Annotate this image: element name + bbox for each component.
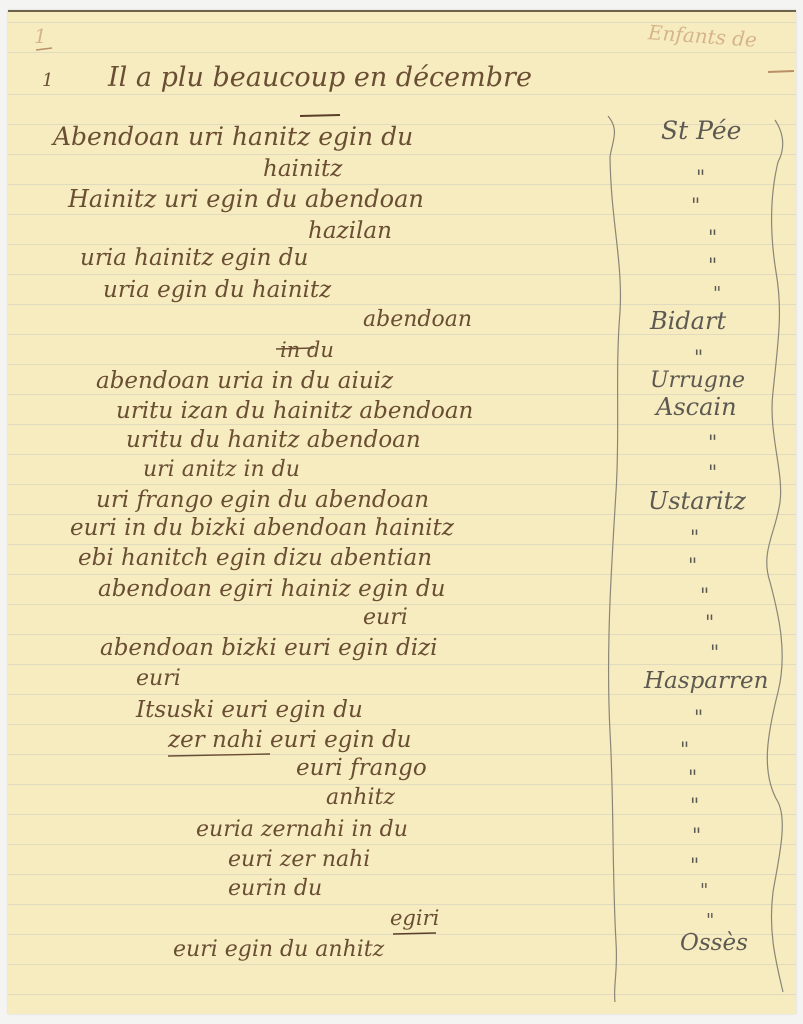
place-entry: " [690,855,699,875]
underline-egiri [393,933,436,934]
sentence-line: hazilan [308,220,392,243]
place-entry: Bidart [650,309,726,333]
corner-dash [768,71,794,72]
place-entry: Urrugne [650,370,745,392]
sentence-line: abendoan bizki euri egin dizi [100,637,438,660]
place-entry: " [691,195,700,215]
sentence-line: hainitz [263,158,342,181]
sentence-line: euri [363,607,408,629]
sentence-line: Itsuski euri egin du [136,699,363,722]
sentence-line: ebi hanitch egin dizu abentian [78,547,432,570]
sentence-line: abendoan [363,309,472,331]
sentence-line: uritu du hanitz abendoan [126,429,421,452]
sentence-line: euri frango [296,757,427,780]
underline-zer-nahi [168,754,270,756]
manuscript-page: 1 Enfants de 1 Il a plu beaucoup en déce… [8,10,796,1014]
page-title: Il a plu beaucoup en décembre [108,64,532,91]
place-entry: " [713,285,721,303]
place-entry: " [705,612,714,632]
sentence-line: abendoan uria in du aiuiz [96,370,393,393]
sentence-line: eurin du [228,878,322,900]
sentence-line: euri [136,668,181,690]
sentence-line: abendoan egiri hainiz egin du [98,578,445,601]
place-entry: " [680,739,689,759]
place-entry: " [690,795,699,815]
page-number-underline [36,48,52,50]
left-divider-line [608,116,620,1002]
sentence-line: euri in du bizki abendoan hainitz [70,517,454,540]
place-entry: " [700,882,708,900]
sentence-line: uri frango egin du abendoan [96,489,429,512]
place-entry: " [706,912,714,930]
place-entry: Ascain [656,395,737,419]
sentence-line: uritu izan du hainitz abendoan [116,400,473,423]
sentence-line: uria egin du hainitz [103,279,331,302]
sentence-line: uri anitz in du [143,459,300,481]
place-entry: " [694,707,703,727]
place-entry: " [696,167,705,187]
sentence-line: Abendoan uri hanitz egin du [53,124,413,149]
place-entry: " [710,642,719,662]
place-entry: " [708,462,717,482]
sentence-line: egiri [390,908,439,929]
place-entry: " [700,585,709,605]
sentence-line: Hainitz uri egin du abendoan [68,187,424,211]
sentence-line: euria zernahi in du [196,819,408,841]
right-divider-line [767,120,783,992]
place-entry: Ustaritz [648,489,746,513]
sentence-line: zer nahi euri egin du [168,729,411,752]
title-number: 1 [42,72,53,90]
sentence-line: euri zer nahi [228,849,370,871]
place-entry: " [708,227,717,247]
page-number: 1 [34,26,47,46]
place-entry: St Pée [661,118,741,143]
sentence-line: euri egin du anhitz [173,939,384,961]
place-entry: " [708,432,717,452]
place-entry: " [690,527,699,547]
place-entry: Ossès [680,932,748,955]
place-entry: Hasparren [644,670,768,693]
sentence-line: in du [280,340,334,361]
place-entry: " [692,825,701,845]
place-entry: " [694,347,703,367]
sentence-line: anhitz [326,787,395,809]
place-entry: " [688,555,697,575]
place-entry: " [688,767,697,787]
title-dash [300,115,340,116]
sentence-line: uria hainitz egin du [80,247,308,270]
place-entry: " [708,255,717,275]
